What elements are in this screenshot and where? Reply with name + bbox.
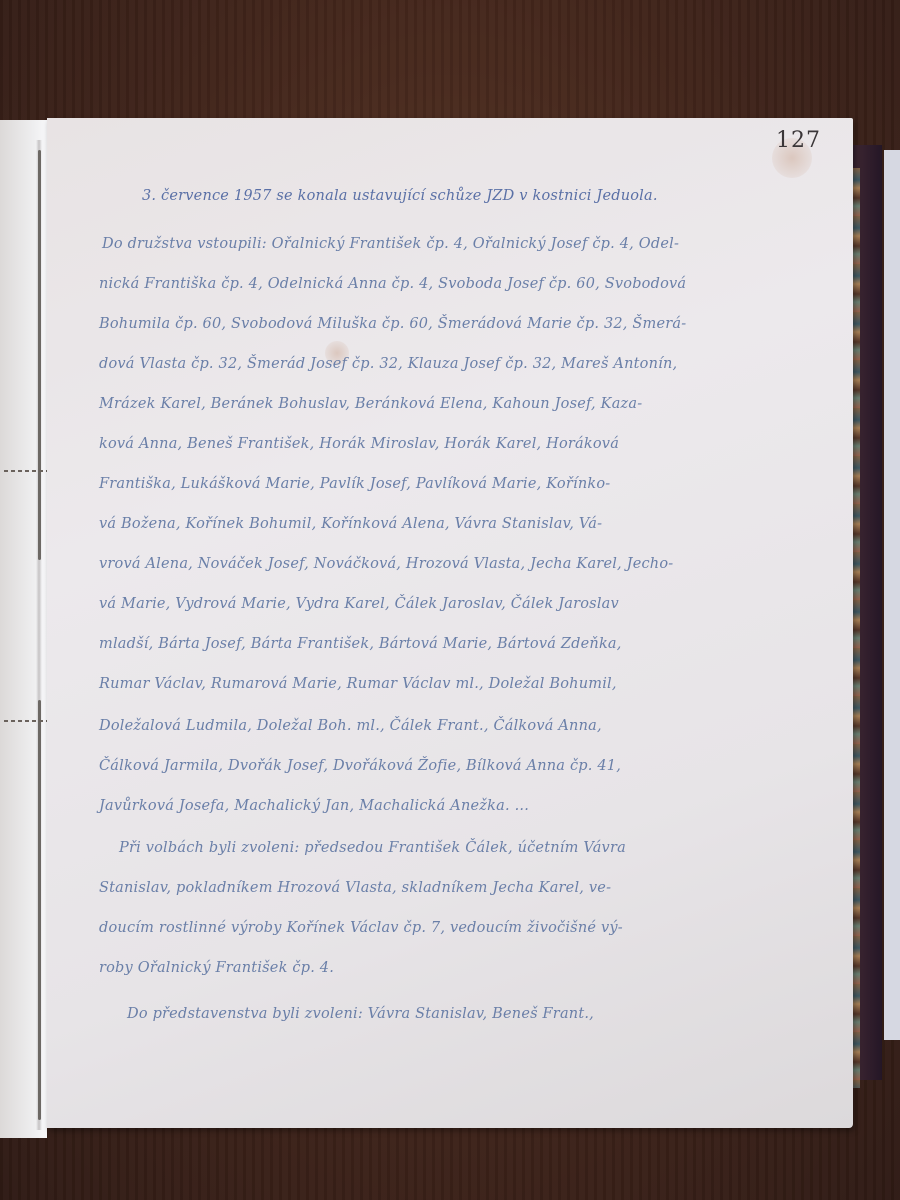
text-line: Javůrková Josefa, Machalický Jan, Machal… xyxy=(99,798,529,814)
text-line: Bohumila čp. 60, Svobodová Miluška čp. 6… xyxy=(99,316,686,332)
text-line: ková Anna, Beneš František, Horák Mirosl… xyxy=(99,436,619,452)
text-line: mladší, Bárta Josef, Bárta František, Bá… xyxy=(99,636,622,652)
text-line: roby Ořalnický František čp. 4. xyxy=(99,960,334,976)
text-line: Čálková Jarmila, Dvořák Josef, Dvořáková… xyxy=(99,758,621,774)
text-line: Doležalová Ludmila, Doležal Boh. ml., Čá… xyxy=(99,718,602,734)
text-line: vá Marie, Vydrová Marie, Vydra Karel, Čá… xyxy=(99,596,619,612)
text-line: Mrázek Karel, Beránek Bohuslav, Beránkov… xyxy=(99,396,642,412)
text-line: vá Božena, Kořínek Bohumil, Kořínková Al… xyxy=(99,516,602,532)
adjacent-page-edge xyxy=(884,150,900,1040)
text-line: Stanislav, pokladníkem Hrozová Vlasta, s… xyxy=(99,880,611,896)
binding-stitch-bottom xyxy=(38,700,41,1120)
page-number: 127 xyxy=(776,128,821,153)
text-line: nická Františka čp. 4, Odelnická Anna čp… xyxy=(99,276,686,292)
text-line: doucím rostlinné výroby Kořínek Václav č… xyxy=(99,920,623,936)
document-page: 127 3. července 1957 se konala ustavujíc… xyxy=(47,118,853,1128)
text-line: Do družstva vstoupili: Ořalnický Františ… xyxy=(102,236,679,252)
text-line: vrová Alena, Nováček Josef, Nováčková, H… xyxy=(99,556,673,572)
text-line: Do představenstva byli zvoleni: Vávra St… xyxy=(127,1006,594,1022)
text-line: Rumar Václav, Rumarová Marie, Rumar Václ… xyxy=(99,676,617,692)
heading-line: 3. července 1957 se konala ustavující sc… xyxy=(142,188,658,204)
text-line: Při volbách byli zvoleni: předsedou Fran… xyxy=(119,840,626,856)
text-line: Františka, Lukášková Marie, Pavlík Josef… xyxy=(99,476,610,492)
text-line: dová Vlasta čp. 32, Šmerád Josef čp. 32,… xyxy=(99,356,677,372)
binding-stitch-top xyxy=(38,150,41,560)
